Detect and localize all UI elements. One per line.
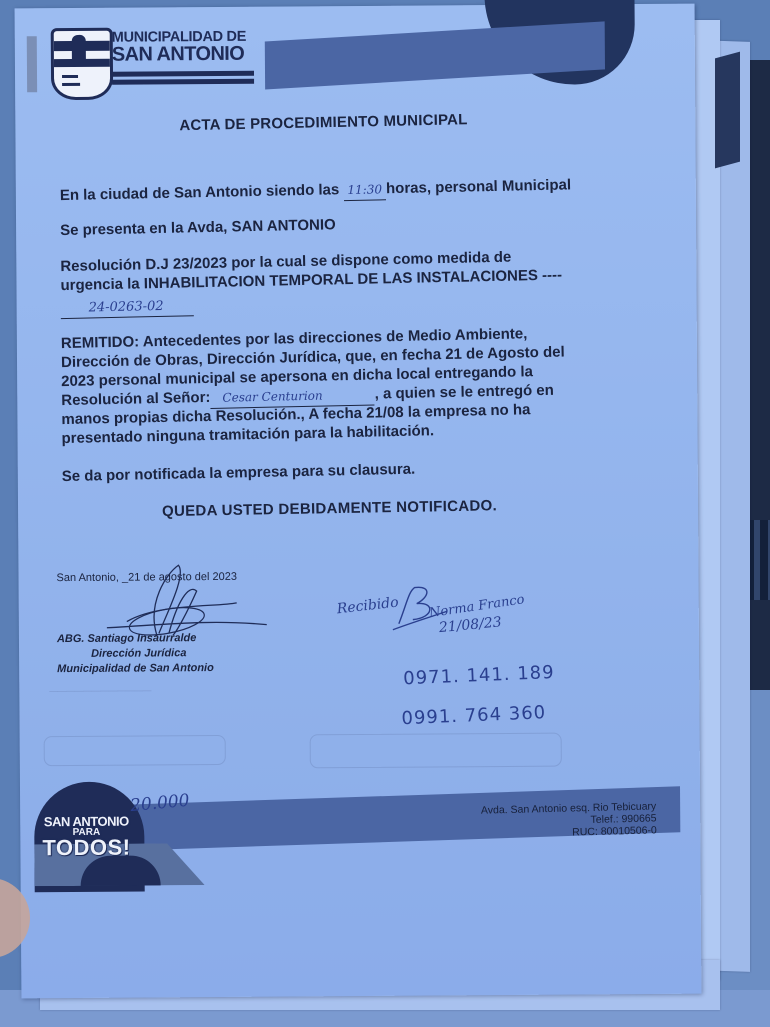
handwritten-phone-2: 0991. 764 360 <box>401 702 546 729</box>
slogan-logo: SAN ANTONIO PARA TODOS! <box>42 816 130 859</box>
header-rule <box>112 71 254 77</box>
handwritten-code: 24-0263-02 <box>60 296 193 319</box>
signatory-entity: Municipalidad de San Antonio <box>57 662 214 675</box>
paragraph-5: Se da por notificada la empresa para su … <box>62 460 416 486</box>
header-rule <box>112 79 254 85</box>
bleed-through-box <box>310 733 562 769</box>
handwritten-phone-1: 0971. 141. 189 <box>403 662 555 689</box>
document-page: MUNICIPALIDAD DE SAN ANTONIO ───────────… <box>15 4 702 999</box>
bleed-through-text: ──────────── <box>49 683 151 698</box>
paragraph-1-text-end: horas, personal Municipal <box>386 176 571 197</box>
slogan-line3: TODOS! <box>42 837 130 859</box>
paragraph-2: Se presenta en la Avda, SAN ANTONIO <box>60 215 336 240</box>
stacked-sheet-header-stripe <box>715 52 740 169</box>
organization-name: MUNICIPALIDAD DE SAN ANTONIO <box>112 31 247 65</box>
notification-statement: QUEDA USTED DEBIDAMENTE NOTIFICADO. <box>162 497 497 520</box>
signatory-name: ABG. Santiago Insaurralde <box>57 632 196 645</box>
document-title: ACTA DE PROCEDIMIENTO MUNICIPAL <box>179 111 467 134</box>
signatory: ABG. Santiago Insaurralde Dirección Jurí… <box>57 631 214 677</box>
signatory-role: Dirección Jurídica <box>57 646 214 662</box>
handwritten-time: 11:30 <box>343 180 386 201</box>
handwritten-code-field: 24-0263-02 <box>60 295 193 319</box>
paragraph-1: En la ciudad de San Antonio siendo las 1… <box>60 175 572 207</box>
footer-contact: Avda. San Antonio esq. Rio Tebicuary Tel… <box>481 800 657 840</box>
bleed-through-box <box>44 735 226 766</box>
paragraph-1-text: En la ciudad de San Antonio siendo las <box>60 181 344 204</box>
recipient-label: Resolución al Señor: <box>61 389 211 409</box>
municipal-crest-icon <box>51 28 114 100</box>
header-accent-bar <box>27 36 37 92</box>
organization-name-line2: SAN ANTONIO <box>112 45 246 65</box>
